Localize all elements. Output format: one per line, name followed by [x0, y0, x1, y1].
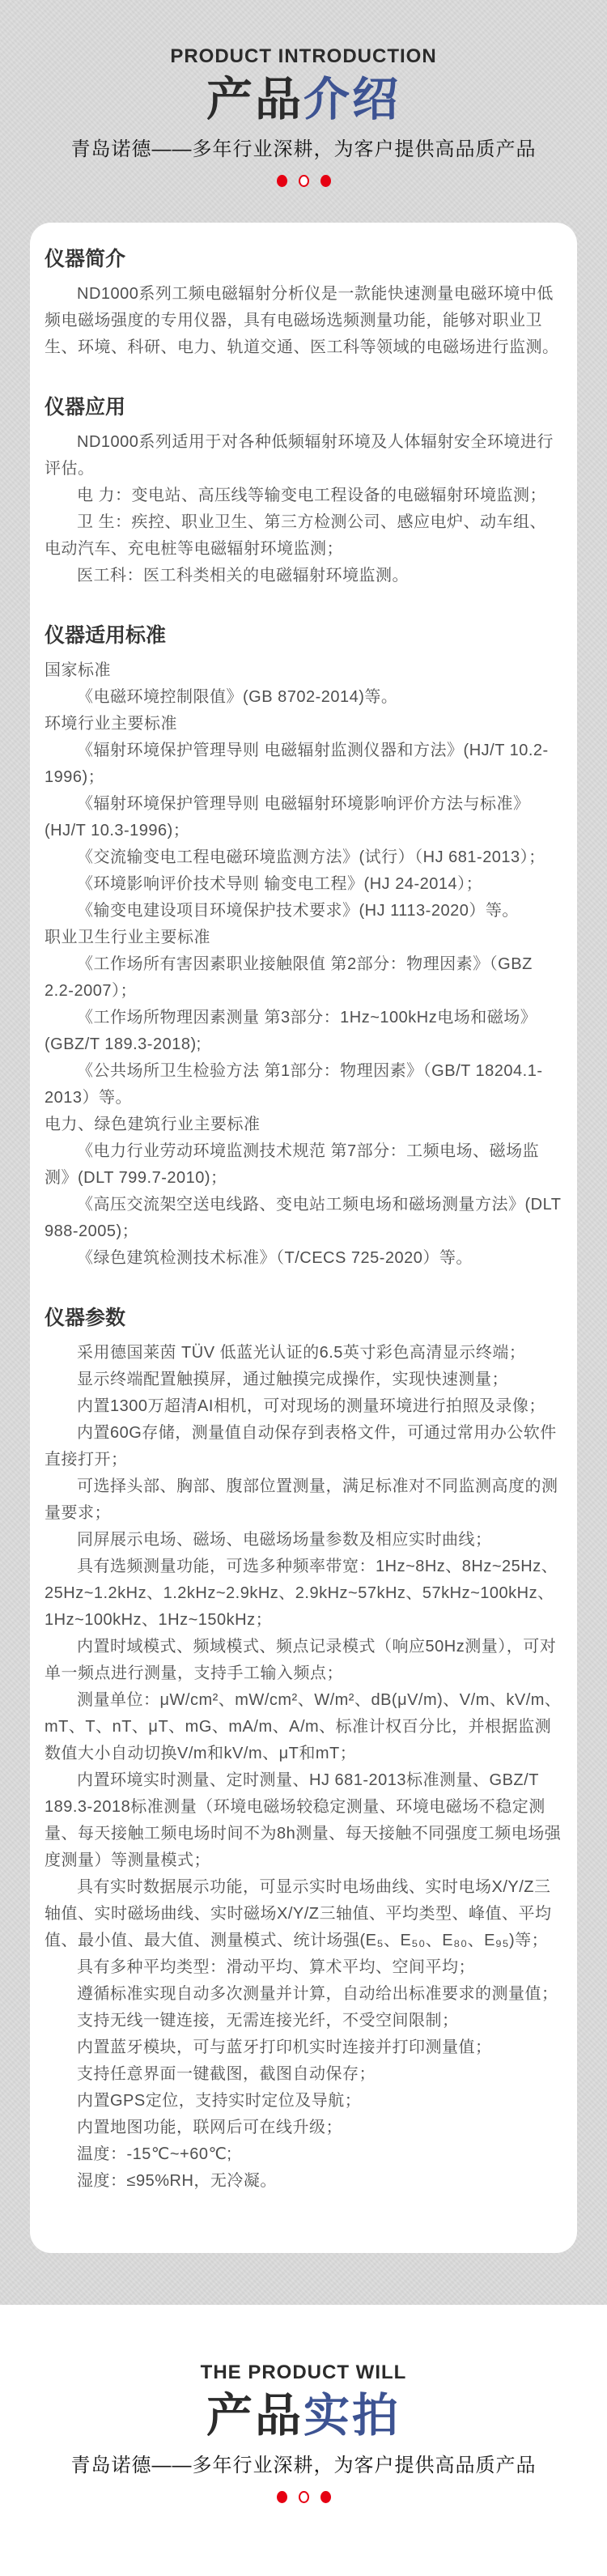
intro-header-en: PRODUCT INTRODUCTION [0, 45, 607, 68]
parameter-item: 遵循标准实现自动多次测量并计算，自动给出标准要求的测量值； [45, 1981, 562, 2008]
standard-item: 《公共场所卫生检验方法 第1部分：物理因素》（GB/T 18204.1-2013… [45, 1058, 562, 1112]
parameter-item: 湿度：≤95%RH，无冷凝。 [45, 2168, 562, 2195]
standard-item: 《环境影响评价技术导则 输变电工程》(HJ 24-2014）； [45, 871, 562, 898]
standard-item: 《工作场所物理因素测量 第3部分：1Hz~100kHz电场和磁场》(GBZ/T … [45, 1005, 562, 1058]
product-introduction-section: PRODUCT INTRODUCTION 产品介绍 青岛诺德——多年行业深耕，为… [0, 0, 607, 2305]
parameter-item: 支持任意界面一键截图，截图自动保存； [45, 2061, 562, 2088]
standard-item: 《交流输变电工程电磁环境监测方法》(试行）（HJ 681-2013）； [45, 844, 562, 871]
standard-item: 《辐射环境保护管理导则 电磁辐射监测仪器和方法》(HJ/T 10.2-1996)… [45, 738, 562, 791]
section-title-application: 仪器应用 [45, 393, 562, 421]
intro-header: PRODUCT INTRODUCTION 产品介绍 青岛诺德——多年行业深耕，为… [0, 45, 607, 187]
application-item: ND1000系列适用于对各种低频辐射环境及人体辐射安全环境进行评估。 [45, 429, 562, 482]
section-title-standards: 仪器适用标准 [45, 622, 562, 649]
footer-header-cn: 产品实拍 [0, 2389, 607, 2442]
standard-item: 《电磁环境控制限值》(GB 8702-2014)等。 [45, 684, 562, 711]
carousel-dots [0, 175, 607, 187]
intro-title-black: 产品 [206, 74, 303, 125]
red-dot-icon [320, 175, 331, 187]
product-photos-section: THE PRODUCT WILL 产品实拍 青岛诺德——多年行业深耕，为客户提供… [0, 2305, 607, 2576]
standard-item: 《电力行业劳动环境监测技术规范 第7部分：工频电场、磁场监测》(DLT 799.… [45, 1138, 562, 1192]
standards-group-label: 环境行业主要标准 [45, 711, 562, 738]
standard-item: 《工作场所有害因素职业接触限值 第2部分：物理因素》（GBZ 2.2-2007）… [45, 951, 562, 1005]
standards-group-label: 电力、绿色建筑行业主要标准 [45, 1112, 562, 1138]
parameter-item: 内置GPS定位，支持实时定位及导航； [45, 2088, 562, 2115]
parameter-item: 采用德国莱茵 TÜV 低蓝光认证的6.5英寸彩色高清显示终端； [45, 1340, 562, 1367]
standard-item: 《高压交流架空送电线路、变电站工频电场和磁场测量方法》(DLT 988-2005… [45, 1192, 562, 1245]
parameter-item: 具有选频测量功能，可选多种频率带宽：1Hz~8Hz、8Hz~25Hz、25Hz~… [45, 1554, 562, 1634]
intro-title-blue: 介绍 [303, 74, 401, 125]
parameter-item: 内置时域模式、频域模式、频点记录模式（响应50Hz测量），可对单一频点进行测量，… [45, 1634, 562, 1687]
parameter-item: 支持无线一键连接，无需连接光纤，不受空间限制； [45, 2008, 562, 2034]
parameter-item: 内置60G存储，测量值自动保存到表格文件，可通过常用办公软件直接打开； [45, 1420, 562, 1473]
parameter-item: 可选择头部、胸部、腹部位置测量，满足标准对不同监测高度的测量要求； [45, 1473, 562, 1527]
parameter-item: 内置1300万超清AI相机，可对现场的测量环境进行拍照及录像； [45, 1393, 562, 1420]
intro-paragraph: ND1000系列工频电磁辐射分析仪是一款能快速测量电磁环境中低频电磁场强度的专用… [45, 281, 562, 361]
parameter-item: 内置蓝牙模块，可与蓝牙打印机实时连接并打印测量值； [45, 2034, 562, 2061]
standards-group-label: 国家标准 [45, 657, 562, 684]
footer-header: THE PRODUCT WILL 产品实拍 青岛诺德——多年行业深耕，为客户提供… [0, 2361, 607, 2503]
standard-item: 《辐射环境保护管理导则 电磁辐射环境影响评价方法与标准》(HJ/T 10.3-1… [45, 791, 562, 844]
standard-item: 《绿色建筑检测技术标准》（T/CECS 725-2020）等。 [45, 1245, 562, 1272]
red-ring-dot-icon [299, 175, 309, 187]
red-dot-icon [320, 2491, 331, 2503]
intro-header-cn: 产品介绍 [0, 73, 607, 126]
application-item: 医工科：医工科类相关的电磁辐射环境监测。 [45, 563, 562, 589]
product-info-card: 仪器简介 ND1000系列工频电磁辐射分析仪是一款能快速测量电磁环境中低频电磁场… [30, 223, 577, 2253]
intro-subtitle: 青岛诺德——多年行业深耕，为客户提供高品质产品 [0, 138, 607, 162]
application-item: 卫 生：疾控、职业卫生、第三方检测公司、感应电炉、动车组、电动汽车、充电桩等电磁… [45, 509, 562, 563]
red-ring-dot-icon [299, 2491, 309, 2503]
red-dot-icon [277, 175, 287, 187]
footer-subtitle: 青岛诺德——多年行业深耕，为客户提供高品质产品 [0, 2454, 607, 2478]
parameter-item: 同屏展示电场、磁场、电磁场场量参数及相应实时曲线； [45, 1527, 562, 1554]
parameter-item: 测量单位：μW/cm²、mW/cm²、W/m²、dB(μV/m)、V/m、kV/… [45, 1687, 562, 1767]
section-title-intro: 仪器简介 [45, 245, 562, 273]
parameter-item: 温度：-15℃~+60℃; [45, 2141, 562, 2168]
parameter-item: 内置环境实时测量、定时测量、HJ 681-2013标准测量、GBZ/T 189.… [45, 1767, 562, 1874]
parameter-item: 具有多种平均类型：滑动平均、算术平均、空间平均； [45, 1954, 562, 1981]
carousel-dots [0, 2491, 607, 2503]
footer-header-en: THE PRODUCT WILL [0, 2361, 607, 2384]
section-title-parameters: 仪器参数 [45, 1304, 562, 1332]
footer-title-blue: 实拍 [303, 2390, 401, 2442]
red-dot-icon [277, 2491, 287, 2503]
footer-title-black: 产品 [206, 2390, 303, 2442]
standard-item: 《输变电建设项目环境保护技术要求》(HJ 1113-2020）等。 [45, 898, 562, 925]
parameter-item: 具有实时数据展示功能，可显示实时电场曲线、实时电场X/Y/Z三轴值、实时磁场曲线… [45, 1874, 562, 1954]
application-item: 电 力：变电站、高压线等输变电工程设备的电磁辐射环境监测； [45, 482, 562, 509]
standards-group-label: 职业卫生行业主要标准 [45, 925, 562, 951]
parameter-item: 内置地图功能，联网后可在线升级； [45, 2115, 562, 2141]
parameter-item: 显示终端配置触摸屏，通过触摸完成操作，实现快速测量； [45, 1367, 562, 1393]
